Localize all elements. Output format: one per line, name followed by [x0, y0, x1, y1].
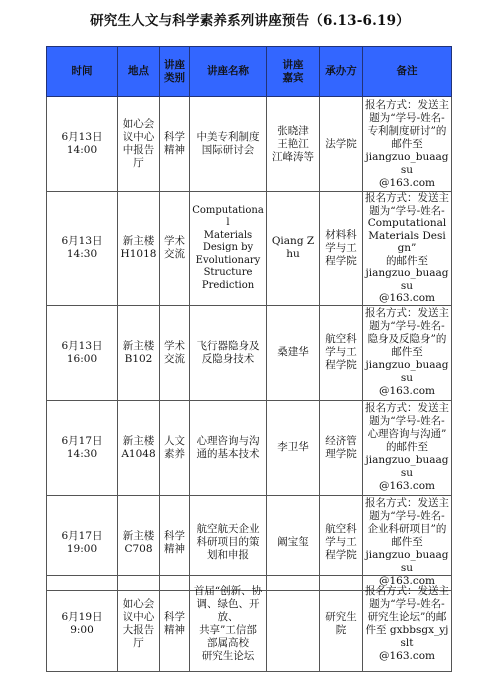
page-title: 研究生人文与科学素养系列讲座预告（6.13-6.19） — [0, 9, 500, 29]
table-row: 6月13日 16:00 新主楼 B102 学术 交流 飞行器隐身及 反隐身技术 … — [47, 305, 452, 400]
cell-guest — [267, 576, 320, 672]
cell-organizer: 航空科 学与工 程学院 — [320, 305, 363, 400]
cell-category: 科学 精神 — [160, 576, 190, 672]
table-row: 6月13日 14:00 如心会 议中心 中报告 厅 科学 精神 中美专利制度 国… — [47, 97, 452, 192]
cell-guest: Qiang Zhu — [267, 192, 320, 306]
cell-lecture-name: 飞行器隐身及 反隐身技术 — [190, 305, 267, 400]
column-header-guest: 讲座 嘉宾 — [267, 47, 320, 97]
column-header-note: 备注 — [363, 47, 452, 97]
cell-note: 报名方式：发送主 题为“学号-姓名- 研究生论坛”的邮 件至 gxbbsgx_y… — [363, 576, 452, 672]
cell-time: 6月13日 16:00 — [47, 305, 118, 400]
column-header-organizer: 承办方 — [320, 47, 363, 97]
cell-note: 报名方式：发送主 题为“学号-姓名- 专利制度研讨”的 邮件至 jiangzuo… — [363, 97, 452, 192]
column-header-category: 讲座 类别 — [160, 47, 190, 97]
cell-location: 如心会 议中心 大报告 厅 — [118, 576, 160, 672]
cell-lecture-name: 心理咨询与沟 通的基本技术 — [190, 400, 267, 495]
cell-organizer: 材料科 学与工 程学院 — [320, 192, 363, 306]
cell-location: 新主楼 A1048 — [118, 400, 160, 495]
cell-lecture-name: 中美专利制度 国际研讨会 — [190, 97, 267, 192]
cell-guest: 李卫华 — [267, 400, 320, 495]
cell-lecture-name: Computational Materials Design by Evolut… — [190, 192, 267, 306]
column-header-time: 时间 — [47, 47, 118, 97]
cell-organizer: 经济管 理学院 — [320, 400, 363, 495]
table-row: 6月17日 14:30 新主楼 A1048 人文 素养 心理咨询与沟 通的基本技… — [47, 400, 452, 495]
column-header-location: 地点 — [118, 47, 160, 97]
cell-note: 报名方式：发送主 题为“学号-姓名- 心理咨询与沟通” 的邮件至 jiangzu… — [363, 400, 452, 495]
cell-organizer: 研究生 院 — [320, 576, 363, 672]
cell-time: 6月13日 14:30 — [47, 192, 118, 306]
cell-category: 学术 交流 — [160, 305, 190, 400]
cell-category: 人文 素养 — [160, 400, 190, 495]
cell-time: 6月17日 14:30 — [47, 400, 118, 495]
cell-guest: 张晓津 王艳江 江峰涛等 — [267, 97, 320, 192]
table-row: 6月13日 14:30 新主楼 H1018 学术 交流 Computationa… — [47, 192, 452, 306]
cell-location: 新主楼 H1018 — [118, 192, 160, 306]
lecture-schedule-table: 时间 地点 讲座 类别 讲座名称 讲座 嘉宾 承办方 备注 6月13日 14:0… — [46, 46, 452, 591]
cell-location: 如心会 议中心 中报告 厅 — [118, 97, 160, 192]
cell-category: 科学 精神 — [160, 97, 190, 192]
cell-location: 新主楼 B102 — [118, 305, 160, 400]
cell-note: 报名方式：发送主 题为“学号-姓名- 隐身及反隐身”的 邮件至 jiangzuo… — [363, 305, 452, 400]
cell-organizer: 法学院 — [320, 97, 363, 192]
cell-time: 6月13日 14:00 — [47, 97, 118, 192]
cell-guest: 桑建华 — [267, 305, 320, 400]
column-header-lecture-name: 讲座名称 — [190, 47, 267, 97]
table-row: 6月19日 9:00 如心会 议中心 大报告 厅 科学 精神 首届“创新、协 调… — [47, 576, 452, 672]
table-header-row: 时间 地点 讲座 类别 讲座名称 讲座 嘉宾 承办方 备注 — [47, 47, 452, 97]
cell-note: 报名方式：发送主 题为“学号-姓名- Computational Materia… — [363, 192, 452, 306]
lecture-schedule-table-continued: 6月19日 9:00 如心会 议中心 大报告 厅 科学 精神 首届“创新、协 调… — [46, 575, 452, 672]
cell-lecture-name: 首届“创新、协 调、绿色、开放、 共享”工信部 部属高校 研究生论坛 — [190, 576, 267, 672]
cell-category: 学术 交流 — [160, 192, 190, 306]
cell-time: 6月19日 9:00 — [47, 576, 118, 672]
